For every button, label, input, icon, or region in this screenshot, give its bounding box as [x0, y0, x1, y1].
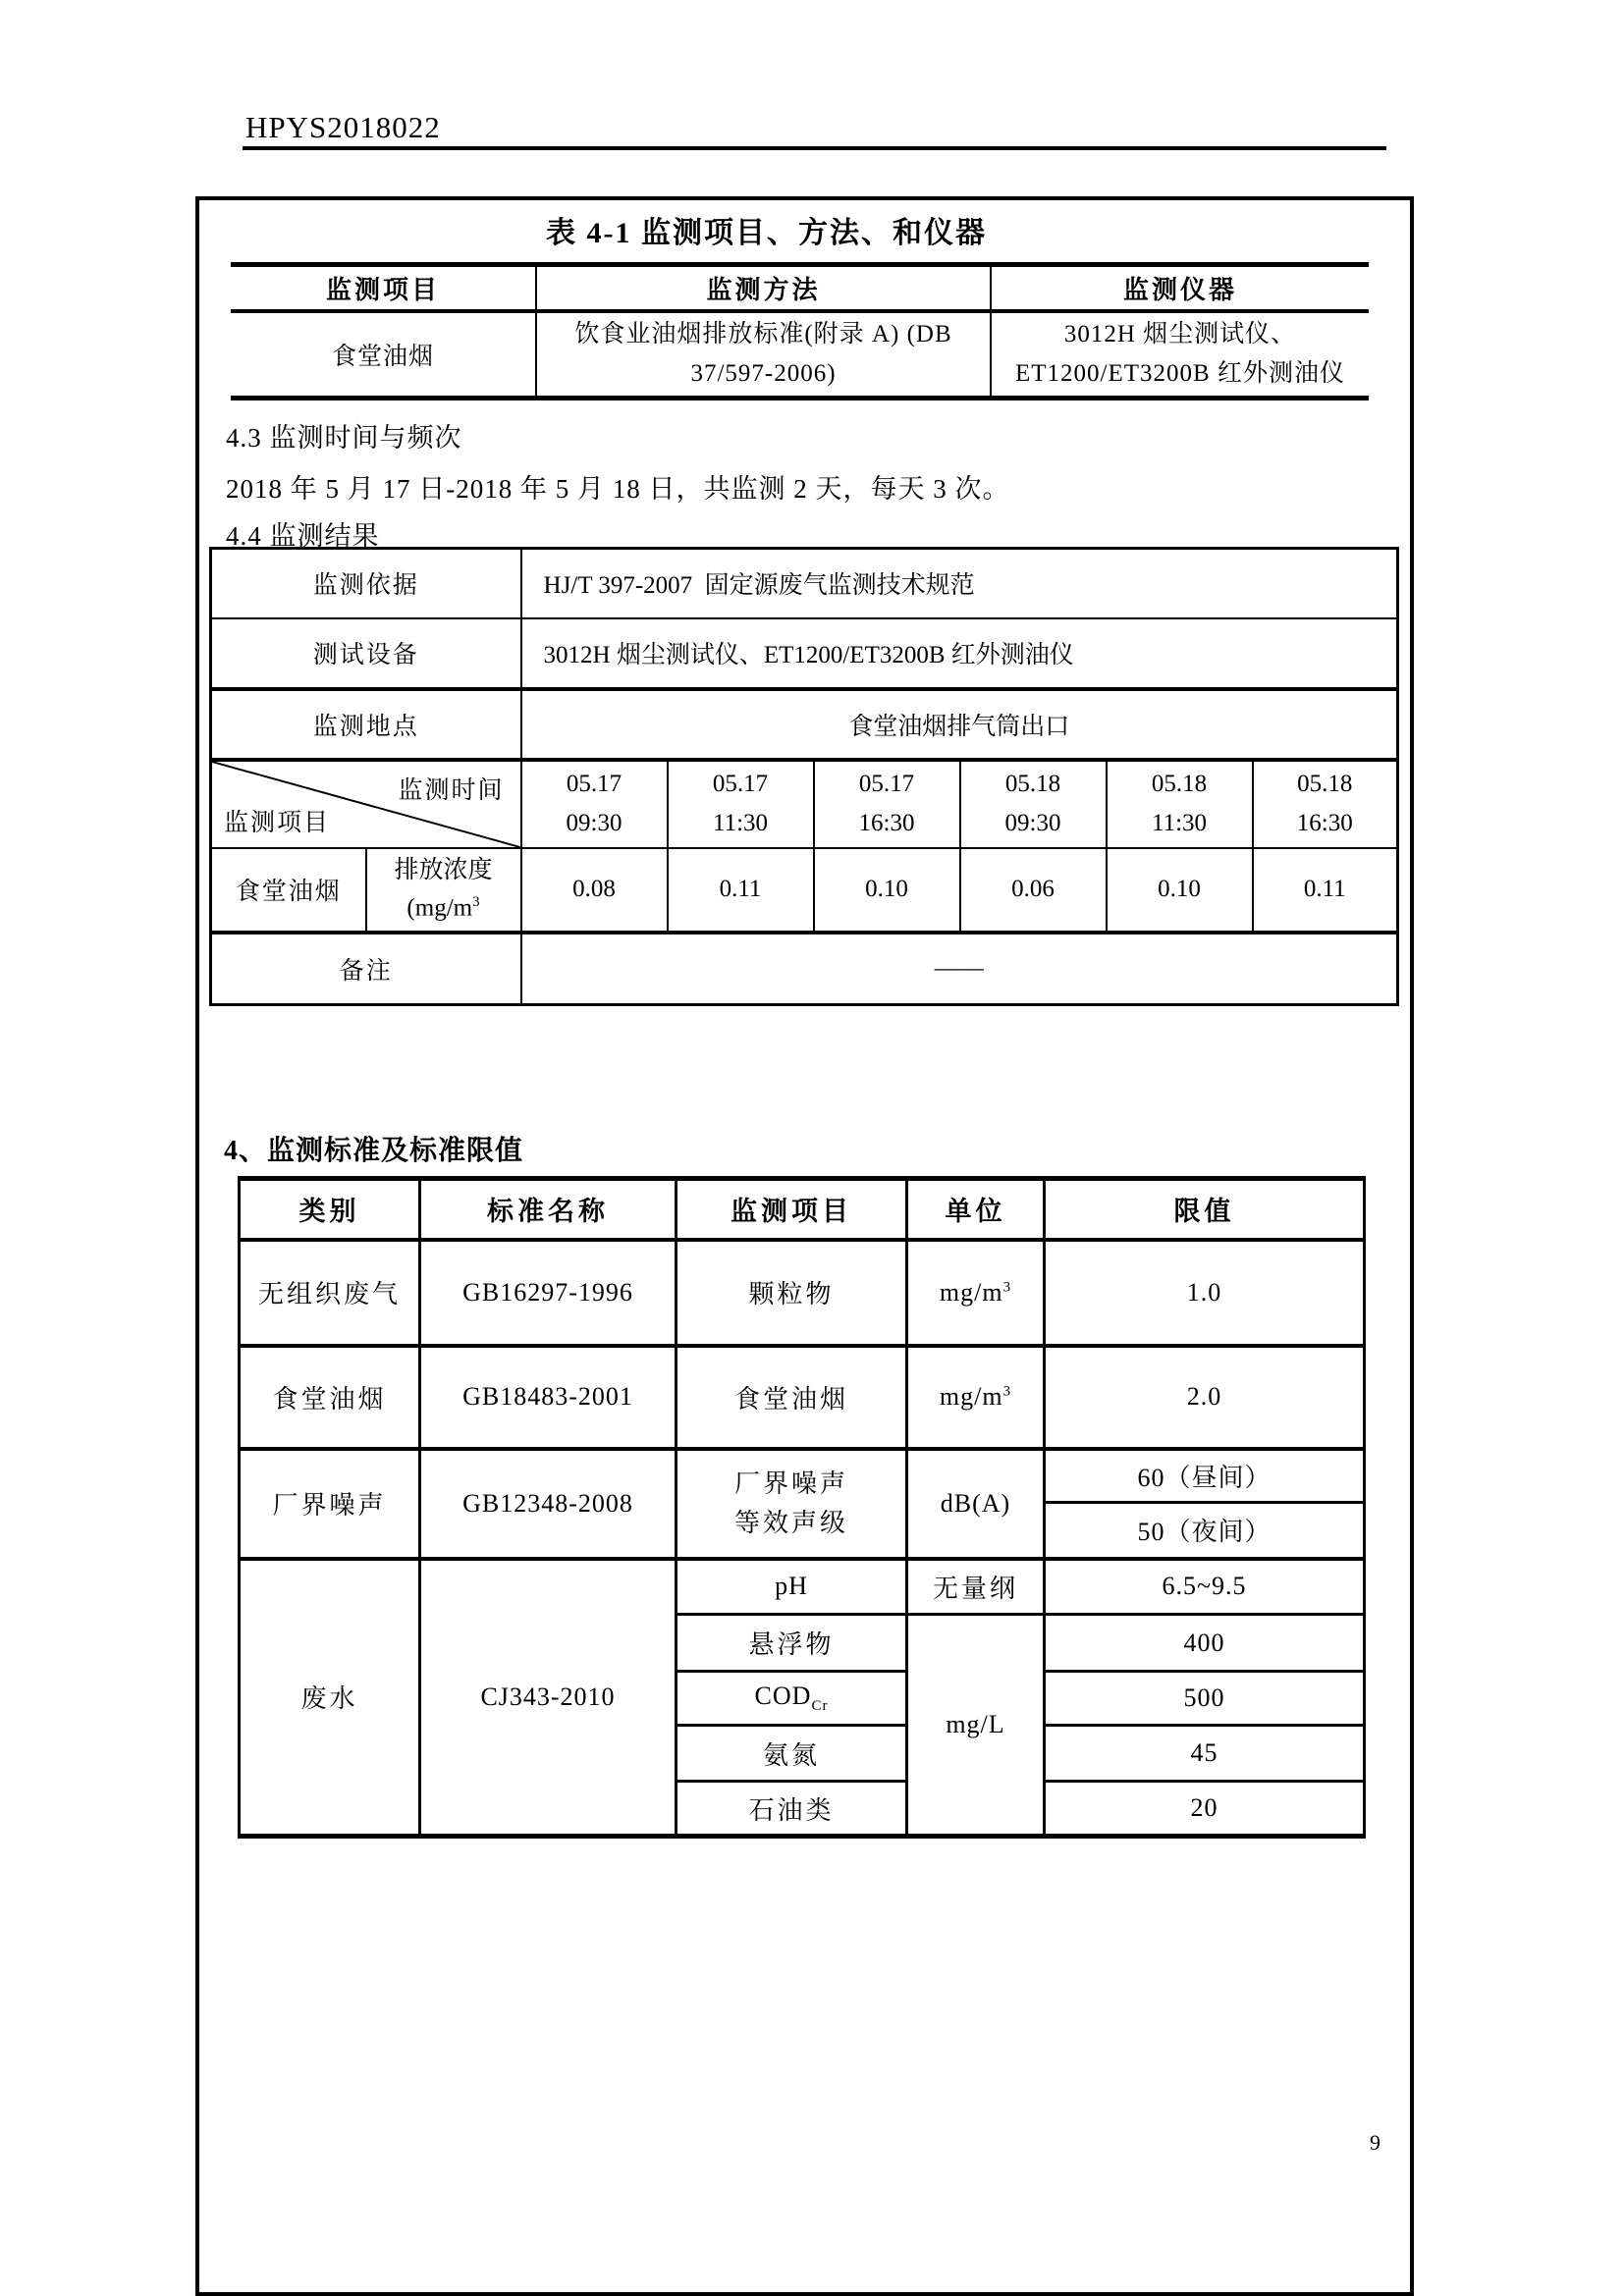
t3-limit: 1.0 [1045, 1240, 1365, 1346]
t1-header-item: 监测项目 [231, 265, 536, 311]
t3-item: CODCr [677, 1672, 907, 1726]
table-row: 废水 CJ343-2010 pH 无量纲 6.5~9.5 [240, 1559, 1365, 1615]
t3-category: 废水 [240, 1559, 420, 1837]
time-date: 05.18 [961, 765, 1106, 804]
t2-time-col: 05.17 09:30 [521, 760, 668, 848]
t3-limit-day: 60（昼间） [1045, 1449, 1365, 1503]
t1-cell-item: 食堂油烟 [231, 311, 536, 399]
table-4-1-title: 表 4-1 监测项目、方法、和仪器 [195, 208, 1414, 251]
section-4-3-body: 2018 年 5 月 17 日-2018 年 5 月 18 日，共监测 2 天，… [226, 467, 1010, 506]
method-line2: 37/597-2006) [537, 354, 990, 394]
method-line1: 饮食业油烟排放标准(附录 A) (DB [537, 315, 990, 354]
t3-category: 食堂油烟 [240, 1346, 420, 1449]
table-row: 食堂油烟 饮食业油烟排放标准(附录 A) (DB 37/597-2006) 30… [231, 311, 1369, 399]
t3-standard: GB18483-2001 [420, 1346, 677, 1449]
t2-param-cell: 排放浓度 (mg/m3 [366, 848, 521, 933]
t2-basis-label: 监测依据 [211, 549, 521, 618]
t3-standard: GB16297-1996 [420, 1240, 677, 1346]
section-4-3-heading: 4.3 监测时间与频次 [226, 416, 462, 454]
t2-time-col: 05.18 16:30 [1253, 760, 1398, 848]
t1-header-method: 监测方法 [536, 265, 991, 311]
param-line2: (mg/m3 [367, 886, 520, 924]
table-row: 监测项目 监测方法 监测仪器 [231, 265, 1369, 311]
t3-category: 厂界噪声 [240, 1449, 420, 1559]
time-date: 05.17 [815, 765, 959, 804]
t2-value: 0.11 [1253, 848, 1398, 933]
t2-basis-value: HJ/T 397-2007 固定源废气监测技术规范 [521, 549, 1398, 618]
table-row: 测试设备 3012H 烟尘测试仪、ET1200/ET3200B 红外测油仪 [211, 618, 1398, 689]
t3-limit: 20 [1045, 1782, 1365, 1837]
t3-item: 颗粒物 [677, 1240, 907, 1346]
table-row: 监测时间 监测项目 05.17 09:30 05.17 11:30 05.17 … [211, 760, 1398, 848]
t2-value: 0.10 [814, 848, 960, 933]
t3-category: 无组织废气 [240, 1240, 420, 1346]
t2-time-col: 05.18 11:30 [1107, 760, 1253, 848]
document-code: HPYS2018022 [245, 110, 441, 145]
table-row: 食堂油烟 GB18483-2001 食堂油烟 mg/m3 2.0 [240, 1346, 1365, 1449]
section-4-heading: 4、监测标准及标准限值 [224, 1129, 523, 1168]
table-row: 备注 —— [211, 933, 1398, 1005]
t2-time-col: 05.17 11:30 [668, 760, 814, 848]
t3-item: 石油类 [677, 1782, 907, 1837]
table-row: 监测地点 食堂油烟排气筒出口 [211, 689, 1398, 760]
t3-limit: 6.5~9.5 [1045, 1559, 1365, 1615]
t1-cell-method: 饮食业油烟排放标准(附录 A) (DB 37/597-2006) [536, 311, 991, 399]
time-date: 05.17 [522, 765, 667, 804]
t2-value: 0.11 [668, 848, 814, 933]
t3-limit: 500 [1045, 1672, 1365, 1726]
time-hour: 16:30 [1254, 804, 1397, 843]
t2-diag-item-label: 监测项目 [224, 803, 330, 838]
t2-value: 0.06 [960, 848, 1107, 933]
t3-unit: 无量纲 [907, 1559, 1045, 1615]
item-line2: 等效声级 [677, 1504, 905, 1543]
t3-header-category: 类别 [240, 1179, 420, 1240]
table-row: 食堂油烟 排放浓度 (mg/m3 0.08 0.11 0.10 0.06 0.1… [211, 848, 1398, 933]
t3-unit: mg/m3 [907, 1346, 1045, 1449]
table-row: 监测依据 HJ/T 397-2007 固定源废气监测技术规范 [211, 549, 1398, 618]
time-hour: 09:30 [522, 804, 667, 843]
standards-limits-table: 类别 标准名称 监测项目 单位 限值 无组织废气 GB16297-1996 颗粒… [238, 1176, 1366, 1839]
t2-remark-label: 备注 [211, 933, 521, 1005]
t3-item: 食堂油烟 [677, 1346, 907, 1449]
time-hour: 09:30 [961, 804, 1106, 843]
t3-item: 氨氮 [677, 1726, 907, 1782]
t3-unit: dB(A) [907, 1449, 1045, 1559]
table-row: 无组织废气 GB16297-1996 颗粒物 mg/m3 1.0 [240, 1240, 1365, 1346]
t3-limit: 2.0 [1045, 1346, 1365, 1449]
instrument-line2: ET1200/ET3200B 红外测油仪 [992, 354, 1369, 394]
t3-item: 悬浮物 [677, 1615, 907, 1672]
table-row: 厂界噪声 GB12348-2008 厂界噪声 等效声级 dB(A) 60（昼间） [240, 1449, 1365, 1503]
t2-diagonal-header-cell: 监测时间 监测项目 [211, 760, 521, 848]
table-row: 类别 标准名称 监测项目 单位 限值 [240, 1179, 1365, 1240]
monitoring-results-table: 监测依据 HJ/T 397-2007 固定源废气监测技术规范 测试设备 3012… [209, 547, 1399, 1006]
time-date: 05.18 [1108, 765, 1252, 804]
time-hour: 11:30 [669, 804, 813, 843]
t3-limit: 45 [1045, 1726, 1365, 1782]
t3-header-standard: 标准名称 [420, 1179, 677, 1240]
t3-header-unit: 单位 [907, 1179, 1045, 1240]
t1-cell-instrument: 3012H 烟尘测试仪、 ET1200/ET3200B 红外测油仪 [991, 311, 1369, 399]
t2-device-label: 测试设备 [211, 618, 521, 689]
t2-location-value: 食堂油烟排气筒出口 [521, 689, 1398, 760]
t2-value: 0.10 [1107, 848, 1253, 933]
t3-standard: GB12348-2008 [420, 1449, 677, 1559]
t3-standard: CJ343-2010 [420, 1559, 677, 1837]
time-hour: 16:30 [815, 804, 959, 843]
table-4-1: 监测项目 监测方法 监测仪器 食堂油烟 饮食业油烟排放标准(附录 A) (DB … [231, 262, 1369, 400]
param-line1: 排放浓度 [367, 854, 520, 886]
time-date: 05.18 [1254, 765, 1397, 804]
time-date: 05.17 [669, 765, 813, 804]
instrument-line1: 3012H 烟尘测试仪、 [992, 315, 1369, 354]
page-number: 9 [1370, 2130, 1380, 2156]
t3-header-item: 监测项目 [677, 1179, 907, 1240]
t3-header-limit: 限值 [1045, 1179, 1365, 1240]
t3-shared-unit: mg/L [907, 1615, 1045, 1837]
t2-item-label: 食堂油烟 [211, 848, 366, 933]
time-hour: 11:30 [1108, 804, 1252, 843]
item-line1: 厂界噪声 [677, 1465, 905, 1504]
t1-header-instrument: 监测仪器 [991, 265, 1369, 311]
t2-location-label: 监测地点 [211, 689, 521, 760]
t2-value: 0.08 [521, 848, 668, 933]
t2-time-col: 05.17 16:30 [814, 760, 960, 848]
t3-unit: mg/m3 [907, 1240, 1045, 1346]
t3-item: 厂界噪声 等效声级 [677, 1449, 907, 1559]
header-rule [243, 146, 1386, 150]
t2-device-value: 3012H 烟尘测试仪、ET1200/ET3200B 红外测油仪 [521, 618, 1398, 689]
t2-remark-value: —— [521, 933, 1398, 1005]
t3-limit: 400 [1045, 1615, 1365, 1672]
t2-time-col: 05.18 09:30 [960, 760, 1107, 848]
t2-diag-time-label: 监测时间 [399, 771, 505, 806]
t3-limit-night: 50（夜间） [1045, 1503, 1365, 1559]
t3-item: pH [677, 1559, 907, 1615]
